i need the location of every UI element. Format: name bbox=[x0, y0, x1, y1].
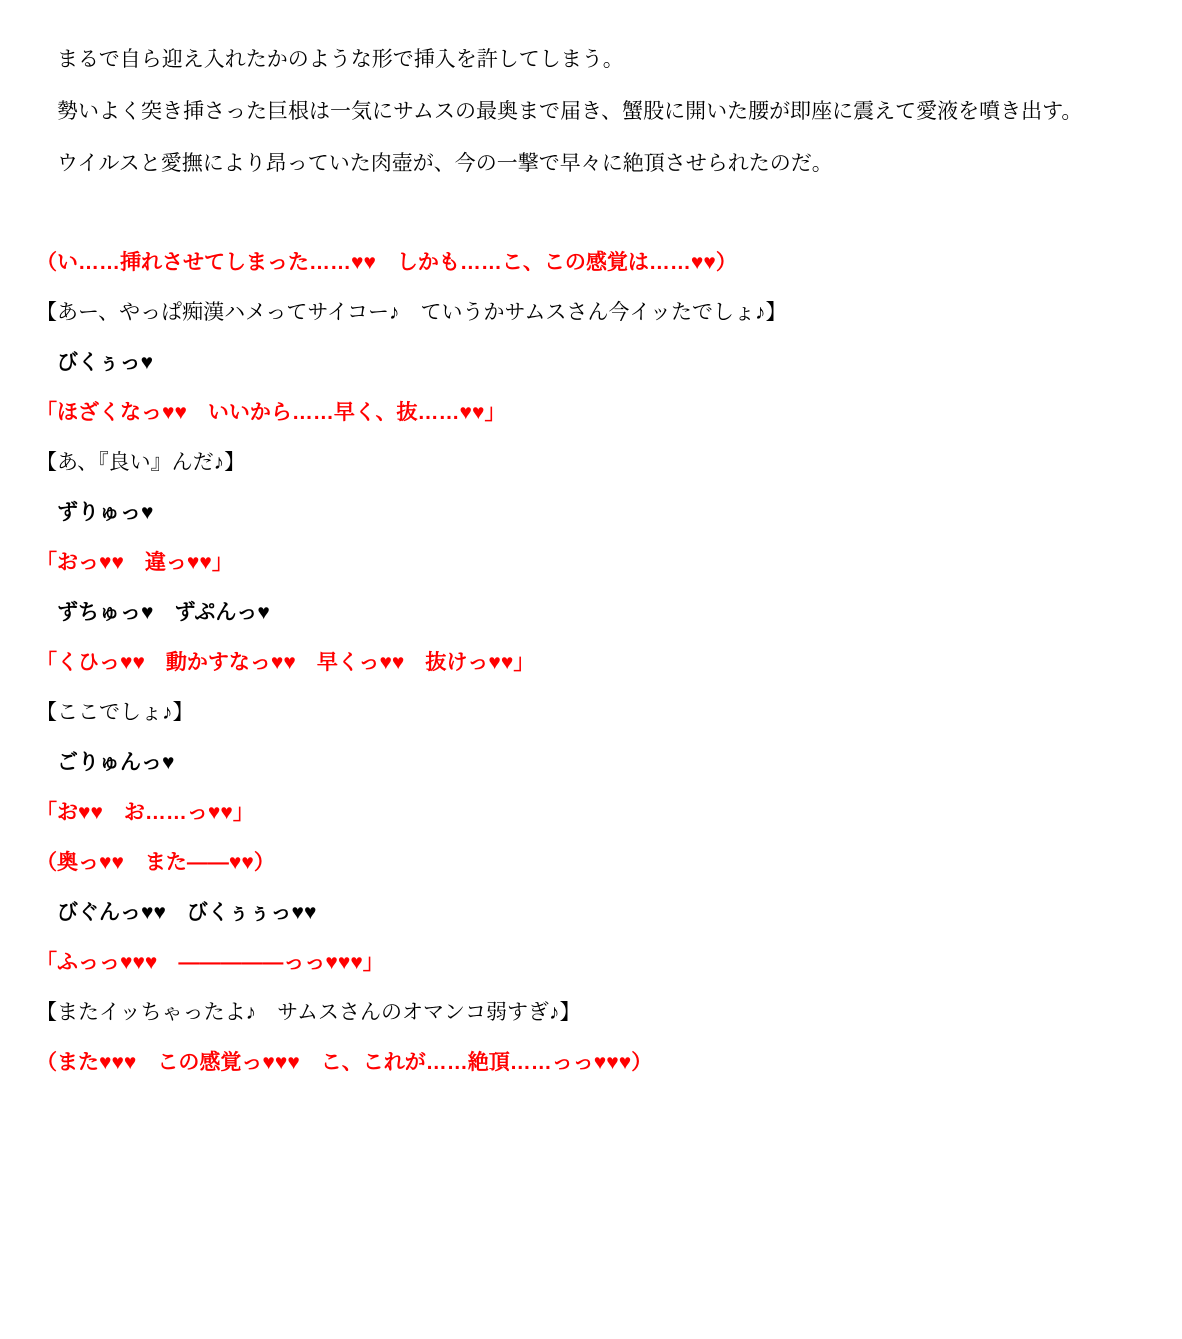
sfx-line-5: びぐんっ♥♥ びくぅぅっ♥♥ bbox=[36, 888, 1142, 938]
spoken-line-1: 「ほざくなっ♥♥ いいから……早く、抜……♥♥」 bbox=[36, 388, 1142, 438]
sfx-line-2: ずりゅっ♥ bbox=[36, 488, 1142, 538]
sfx-line-3: ずちゅっ♥ ずぷんっ♥ bbox=[36, 588, 1142, 638]
bracket-speech-line-4: 【またイッちゃったよ♪ サムスさんのオマンコ弱すぎ♪】 bbox=[36, 988, 1142, 1038]
sfx-line-1: びくぅっ♥ bbox=[36, 338, 1142, 388]
spoken-line-3: 「くひっ♥♥ 動かすなっ♥♥ 早くっ♥♥ 抜けっ♥♥」 bbox=[36, 638, 1142, 688]
thought-line-3: （また♥♥♥ この感覚っ♥♥♥ こ、これが……絶頂……っっ♥♥♥） bbox=[36, 1038, 1142, 1088]
bracket-speech-line-2: 【あ、『良い』んだ♪】 bbox=[36, 438, 1142, 488]
narration-line-3: ウイルスと愛撫により昂っていた肉壺が、今の一撃で早々に絶頂させられたのだ。 bbox=[36, 138, 1142, 190]
spoken-line-5: 「ふっっ♥♥♥ ―――――っっ♥♥♥」 bbox=[36, 938, 1142, 988]
narration-line-2: 勢いよく突き挿さった巨根は一気にサムスの最奥まで届き、蟹股に開いた腰が即座に震え… bbox=[36, 86, 1142, 138]
narration-line-1: まるで自ら迎え入れたかのような形で挿入を許してしまう。 bbox=[36, 34, 1142, 86]
thought-line-1: （い……挿れさせてしまった……♥♥ しかも……こ、この感覚は……♥♥） bbox=[36, 238, 1142, 288]
thought-line-2: （奥っ♥♥ また――♥♥） bbox=[36, 838, 1142, 888]
section-gap bbox=[36, 190, 1142, 238]
bracket-speech-line-3: 【ここでしょ♪】 bbox=[36, 688, 1142, 738]
sfx-line-4: ごりゅんっ♥ bbox=[36, 738, 1142, 788]
bracket-speech-line-1: 【あー、やっぱ痴漢ハメってサイコー♪ ていうかサムスさん今イッたでしょ♪】 bbox=[36, 288, 1142, 338]
spoken-line-4: 「お♥♥ お……っ♥♥」 bbox=[36, 788, 1142, 838]
story-page: まるで自ら迎え入れたかのような形で挿入を許してしまう。 勢いよく突き挿さった巨根… bbox=[0, 0, 1182, 1339]
spoken-line-2: 「おっ♥♥ 違っ♥♥」 bbox=[36, 538, 1142, 588]
